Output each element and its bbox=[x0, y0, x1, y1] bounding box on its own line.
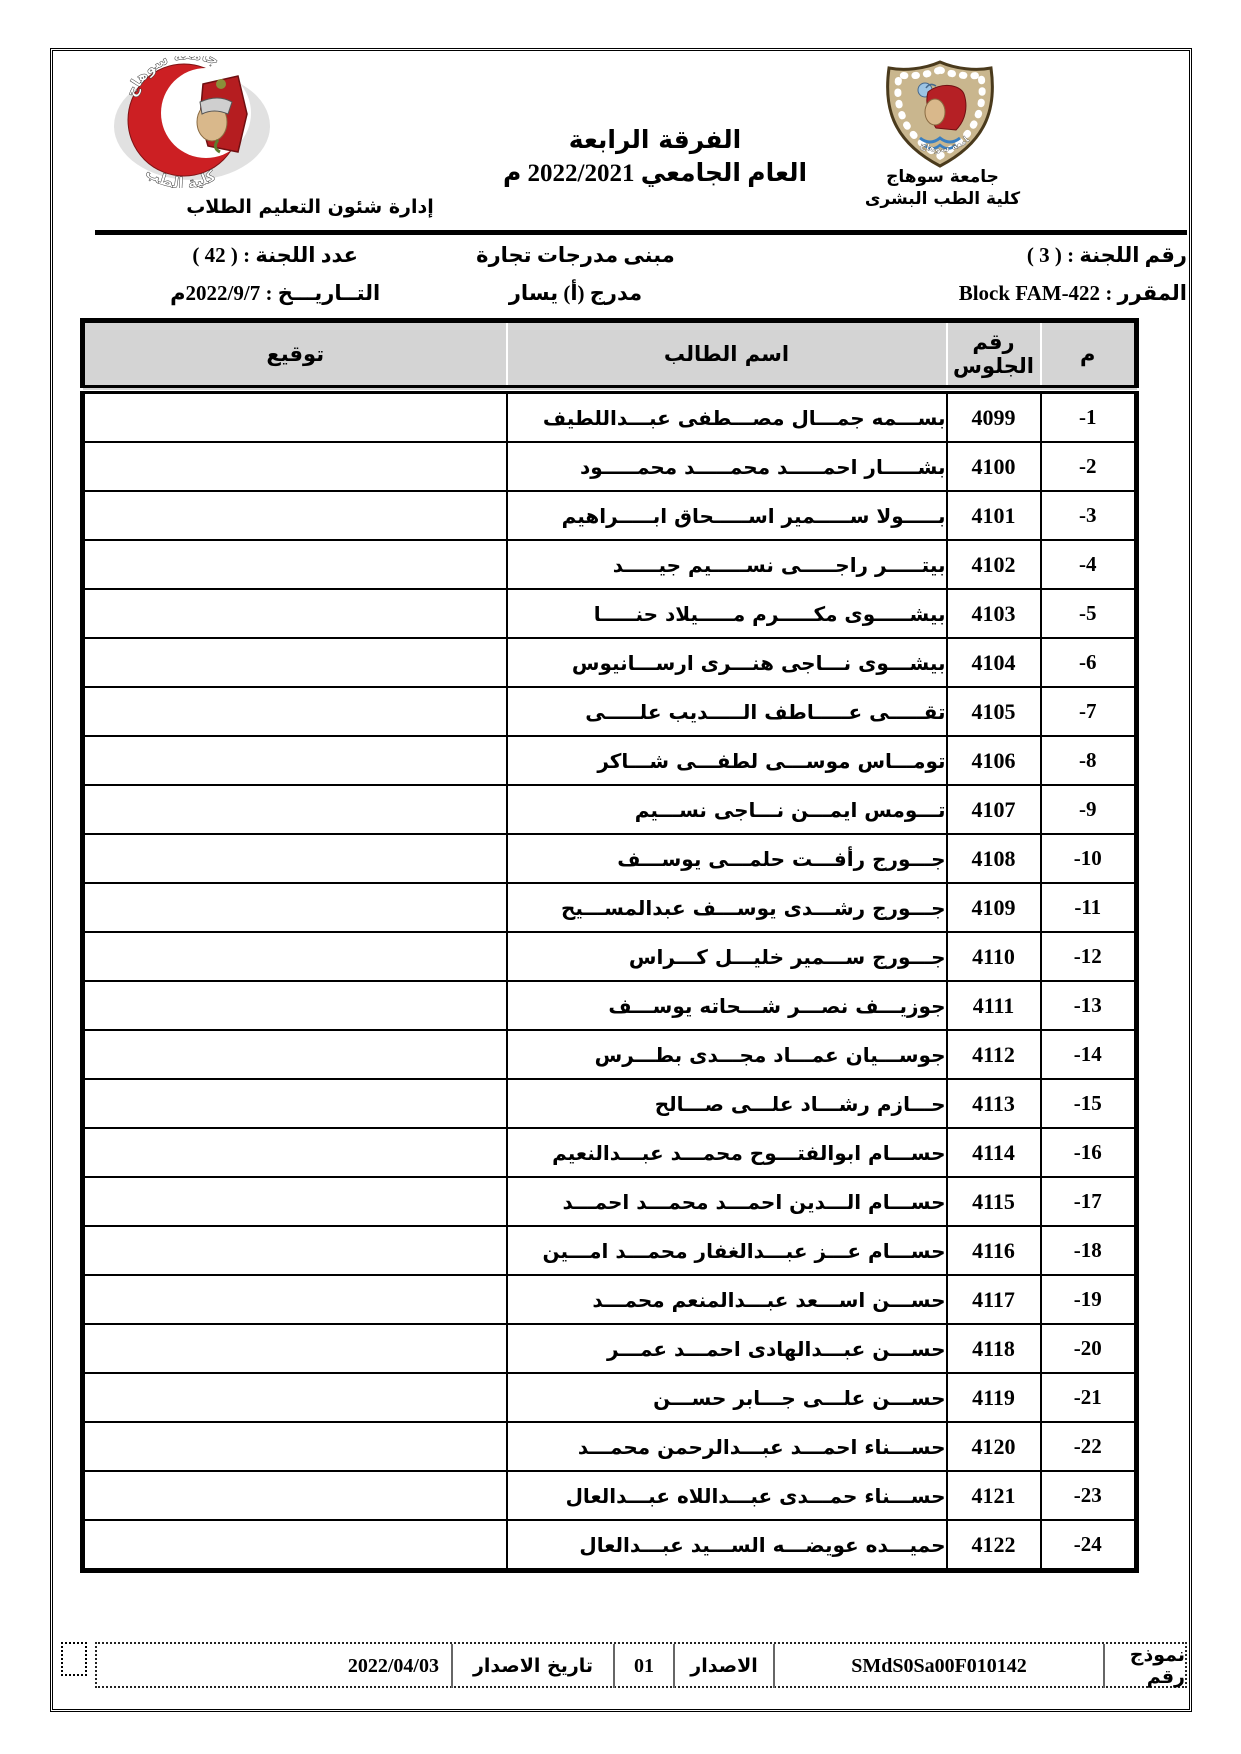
row-index-cell: -16 bbox=[1041, 1128, 1137, 1177]
signature-cell bbox=[83, 687, 507, 736]
table-row: -15 4113 حـــازم رشـــاد علـــى صـــالح bbox=[83, 1079, 1137, 1128]
student-name-cell: بـــــولا ســـــمير اســـــحاق ابـــــرا… bbox=[507, 491, 947, 540]
table-row: -7 4105 تقـــــى عـــــاطف الـــــديب عل… bbox=[83, 687, 1137, 736]
signature-cell bbox=[83, 638, 507, 687]
student-name-cell: جـــورج ســـمير خليـــل كـــراس bbox=[507, 932, 947, 981]
form-number-label: نموذج رقم bbox=[1105, 1644, 1185, 1688]
seat-number-cell: 4104 bbox=[947, 638, 1041, 687]
table-row: -10 4108 جـــورج رأفـــت حلمـــى يوســـف bbox=[83, 834, 1137, 883]
student-name-cell: بيشـــوى نـــاجى هنـــرى ارســـانيوس bbox=[507, 638, 947, 687]
signature-cell bbox=[83, 390, 507, 443]
row-index-cell: -8 bbox=[1041, 736, 1137, 785]
table-row: -19 4117 حســـن اســـعد عبـــدالمنعم محم… bbox=[83, 1275, 1137, 1324]
student-name-cell: بيشـــــوى مكـــــرم مـــــيلاد حنـــــا bbox=[507, 589, 947, 638]
grade-title: الفرقة الرابعة bbox=[430, 124, 880, 156]
seat-number-cell: 4119 bbox=[947, 1373, 1041, 1422]
table-row: -12 4110 جـــورج ســـمير خليـــل كـــراس bbox=[83, 932, 1137, 981]
row-index-cell: -17 bbox=[1041, 1177, 1137, 1226]
row-index-cell: -20 bbox=[1041, 1324, 1137, 1373]
row-index-cell: -1 bbox=[1041, 390, 1137, 443]
seat-number-cell: 4102 bbox=[947, 540, 1041, 589]
university-name: جامعة سوهاج bbox=[845, 166, 1040, 188]
table-row: -18 4116 حســـام عـــز عبـــدالغفار محمـ… bbox=[83, 1226, 1137, 1275]
student-name-cell: حســـناء حمـــدى عبـــداللاه عبـــدالعال bbox=[507, 1471, 947, 1520]
seat-number-cell: 4108 bbox=[947, 834, 1041, 883]
row-index-cell: -15 bbox=[1041, 1079, 1137, 1128]
table-row: -22 4120 حســـناء احمـــد عبـــدالرحمن م… bbox=[83, 1422, 1137, 1471]
row-index-cell: -10 bbox=[1041, 834, 1137, 883]
table-row: -4 4102 بيتـــــر راجـــــى نســـــيم جي… bbox=[83, 540, 1137, 589]
seat-number-cell: 4103 bbox=[947, 589, 1041, 638]
seat-number-cell: 4101 bbox=[947, 491, 1041, 540]
table-row: -2 4100 بشـــــار احمـــــد محمـــــد مح… bbox=[83, 442, 1137, 491]
row-index-cell: -7 bbox=[1041, 687, 1137, 736]
student-name-cell: جـــورج رأفـــت حلمـــى يوســـف bbox=[507, 834, 947, 883]
signature-cell bbox=[83, 1128, 507, 1177]
committee-number-label: رقم اللجنة : ( 3 ) bbox=[696, 243, 1187, 268]
student-name-cell: حســـام ابوالفتـــوح محمـــد عبـــدالنعي… bbox=[507, 1128, 947, 1177]
seat-number-cell: 4120 bbox=[947, 1422, 1041, 1471]
table-row: -14 4112 جوســـيان عمـــاد مجـــدى بطـــ… bbox=[83, 1030, 1137, 1079]
hall-label: مدرج (أ) يسار bbox=[455, 281, 695, 306]
info-row-1: رقم اللجنة : ( 3 ) مبنى مدرجات تجارة عدد… bbox=[95, 243, 1187, 268]
seat-number-cell: 4122 bbox=[947, 1520, 1041, 1571]
student-name-cell: حســـن اســـعد عبـــدالمنعم محمـــد bbox=[507, 1275, 947, 1324]
exam-attendance-sheet: جامعة سوهاج كلية الطب إدارة شئون التعليم… bbox=[0, 0, 1241, 1754]
signature-cell bbox=[83, 1373, 507, 1422]
column-header-signature: توقيع bbox=[83, 321, 507, 390]
signature-cell bbox=[83, 540, 507, 589]
seat-number-cell: 4112 bbox=[947, 1030, 1041, 1079]
table-row: -23 4121 حســـناء حمـــدى عبـــداللاه عب… bbox=[83, 1471, 1137, 1520]
faculty-name: كلية الطب البشرى bbox=[845, 188, 1040, 210]
form-number-value: SMdS0Sa00F010142 bbox=[775, 1644, 1105, 1688]
student-name-cell: تومـــاس موســـى لطفـــى شـــاكر bbox=[507, 736, 947, 785]
table-row: -17 4115 حســـام الـــدين احمـــد محمـــ… bbox=[83, 1177, 1137, 1226]
seat-number-cell: 4115 bbox=[947, 1177, 1041, 1226]
table-row: -1 4099 بســـمه جمـــال مصـــطفى عبـــدا… bbox=[83, 390, 1137, 443]
student-name-cell: حـــازم رشـــاد علـــى صـــالح bbox=[507, 1079, 947, 1128]
seat-number-cell: 4116 bbox=[947, 1226, 1041, 1275]
student-name-cell: جوســـيان عمـــاد مجـــدى بطـــرس bbox=[507, 1030, 947, 1079]
seat-number-cell: 4105 bbox=[947, 687, 1041, 736]
row-index-cell: -5 bbox=[1041, 589, 1137, 638]
signature-cell bbox=[83, 736, 507, 785]
column-header-student-name: اسم الطالب bbox=[507, 321, 947, 390]
student-name-cell: حســـناء احمـــد عبـــدالرحمن محمـــد bbox=[507, 1422, 947, 1471]
column-header-index: م bbox=[1041, 321, 1137, 390]
row-index-cell: -23 bbox=[1041, 1471, 1137, 1520]
row-index-cell: -12 bbox=[1041, 932, 1137, 981]
student-name-cell: جـــورج رشـــدى يوســـف عبدالمســـيح bbox=[507, 883, 947, 932]
signature-cell bbox=[83, 1177, 507, 1226]
student-name-cell: تـــومس ايمـــن نـــاجى نســـيم bbox=[507, 785, 947, 834]
issue-date-value: 2022/04/03 bbox=[97, 1644, 453, 1688]
seat-number-cell: 4106 bbox=[947, 736, 1041, 785]
row-index-cell: -22 bbox=[1041, 1422, 1137, 1471]
row-index-cell: -6 bbox=[1041, 638, 1137, 687]
row-index-cell: -21 bbox=[1041, 1373, 1137, 1422]
seat-number-cell: 4100 bbox=[947, 442, 1041, 491]
signature-cell bbox=[83, 834, 507, 883]
footer-form-bar: نموذج رقم SMdS0Sa00F010142 الاصدار 01 تا… bbox=[95, 1642, 1187, 1688]
seat-number-cell: 4121 bbox=[947, 1471, 1041, 1520]
row-index-cell: -3 bbox=[1041, 491, 1137, 540]
seat-number-cell: 4118 bbox=[947, 1324, 1041, 1373]
table-row: -20 4118 حســـن عبـــدالهادى احمـــد عمـ… bbox=[83, 1324, 1137, 1373]
row-index-cell: -13 bbox=[1041, 981, 1137, 1030]
student-name-cell: حســـن علـــى جـــابر حســـن bbox=[507, 1373, 947, 1422]
student-name-cell: بيتـــــر راجـــــى نســـــيم جيـــــد bbox=[507, 540, 947, 589]
table-row: -16 4114 حســـام ابوالفتـــوح محمـــد عب… bbox=[83, 1128, 1137, 1177]
signature-cell bbox=[83, 1226, 507, 1275]
signature-cell bbox=[83, 932, 507, 981]
student-name-cell: حســـن عبـــدالهادى احمـــد عمـــر bbox=[507, 1324, 947, 1373]
seat-number-cell: 4117 bbox=[947, 1275, 1041, 1324]
signature-cell bbox=[83, 785, 507, 834]
signature-cell bbox=[83, 1030, 507, 1079]
student-roster-table: م رقم الجلوس اسم الطالب توقيع -1 4099 بس… bbox=[80, 318, 1139, 1573]
signature-cell bbox=[83, 1079, 507, 1128]
row-index-cell: -14 bbox=[1041, 1030, 1137, 1079]
table-row: -21 4119 حســـن علـــى جـــابر حســـن bbox=[83, 1373, 1137, 1422]
seat-number-cell: 4110 bbox=[947, 932, 1041, 981]
department-label: إدارة شئون التعليم الطلاب bbox=[170, 196, 450, 218]
roster-header-row: م رقم الجلوس اسم الطالب توقيع bbox=[83, 321, 1137, 390]
table-row: -3 4101 بـــــولا ســـــمير اســـــحاق ا… bbox=[83, 491, 1137, 540]
table-row: -13 4111 جوزيـــف نصـــر شـــحاته يوســـ… bbox=[83, 981, 1137, 1030]
course-code-label: المقرر : Block FAM-422 bbox=[696, 281, 1187, 306]
issue-value: 01 bbox=[615, 1644, 675, 1688]
row-index-cell: -2 bbox=[1041, 442, 1137, 491]
table-row: -8 4106 تومـــاس موســـى لطفـــى شـــاكر bbox=[83, 736, 1137, 785]
signature-cell bbox=[83, 442, 507, 491]
signature-cell bbox=[83, 883, 507, 932]
exam-date-label: التــاريـــخ : 2022/9/7م bbox=[95, 281, 455, 306]
signature-cell bbox=[83, 981, 507, 1030]
row-index-cell: -11 bbox=[1041, 883, 1137, 932]
seat-number-cell: 4111 bbox=[947, 981, 1041, 1030]
issue-date-label: تاريخ الاصدار bbox=[453, 1644, 615, 1688]
academic-year-title: العام الجامعي 2022/2021 م bbox=[430, 156, 880, 192]
table-row: -24 4122 حميـــده عويضـــه الســـيد عبــ… bbox=[83, 1520, 1137, 1571]
row-index-cell: -18 bbox=[1041, 1226, 1137, 1275]
row-index-cell: -19 bbox=[1041, 1275, 1137, 1324]
seat-number-cell: 4113 bbox=[947, 1079, 1041, 1128]
header-divider bbox=[95, 230, 1187, 235]
seat-number-cell: 4107 bbox=[947, 785, 1041, 834]
footer-checkbox bbox=[61, 1642, 87, 1676]
student-name-cell: تقـــــى عـــــاطف الـــــديب علـــــى bbox=[507, 687, 947, 736]
signature-cell bbox=[83, 589, 507, 638]
signature-cell bbox=[83, 1471, 507, 1520]
university-shield-logo-icon: جامعة سوهاج bbox=[876, 58, 1004, 170]
title-block: الفرقة الرابعة العام الجامعي 2022/2021 م bbox=[430, 124, 880, 192]
seat-number-cell: 4099 bbox=[947, 390, 1041, 443]
student-name-cell: بســـمه جمـــال مصـــطفى عبـــداللطيف bbox=[507, 390, 947, 443]
row-index-cell: -4 bbox=[1041, 540, 1137, 589]
table-row: -5 4103 بيشـــــوى مكـــــرم مـــــيلاد … bbox=[83, 589, 1137, 638]
signature-cell bbox=[83, 1520, 507, 1571]
student-name-cell: حســـام عـــز عبـــدالغفار محمـــد امـــ… bbox=[507, 1226, 947, 1275]
row-index-cell: -24 bbox=[1041, 1520, 1137, 1571]
university-block: جامعة سوهاج كلية الطب البشرى bbox=[845, 166, 1040, 210]
signature-cell bbox=[83, 1324, 507, 1373]
building-label: مبنى مدرجات تجارة bbox=[455, 243, 695, 268]
row-index-cell: -9 bbox=[1041, 785, 1137, 834]
committee-count-label: عدد اللجنة : ( 42 ) bbox=[95, 243, 455, 268]
info-row-2: المقرر : Block FAM-422 مدرج (أ) يسار الت… bbox=[95, 281, 1187, 306]
signature-cell bbox=[83, 491, 507, 540]
table-row: -9 4107 تـــومس ايمـــن نـــاجى نســـيم bbox=[83, 785, 1137, 834]
seat-number-cell: 4114 bbox=[947, 1128, 1041, 1177]
student-name-cell: بشـــــار احمـــــد محمـــــد محمـــــود bbox=[507, 442, 947, 491]
seat-number-cell: 4109 bbox=[947, 883, 1041, 932]
issue-label: الاصدار bbox=[675, 1644, 775, 1688]
student-name-cell: حميـــده عويضـــه الســـيد عبـــدالعال bbox=[507, 1520, 947, 1571]
column-header-seat-number: رقم الجلوس bbox=[947, 321, 1041, 390]
signature-cell bbox=[83, 1422, 507, 1471]
student-name-cell: جوزيـــف نصـــر شـــحاته يوســـف bbox=[507, 981, 947, 1030]
signature-cell bbox=[83, 1275, 507, 1324]
table-row: -11 4109 جـــورج رشـــدى يوســـف عبدالمس… bbox=[83, 883, 1137, 932]
red-crescent-faculty-logo-icon: جامعة سوهاج كلية الطب bbox=[100, 56, 295, 188]
student-name-cell: حســـام الـــدين احمـــد محمـــد احمـــد bbox=[507, 1177, 947, 1226]
table-row: -6 4104 بيشـــوى نـــاجى هنـــرى ارســـا… bbox=[83, 638, 1137, 687]
